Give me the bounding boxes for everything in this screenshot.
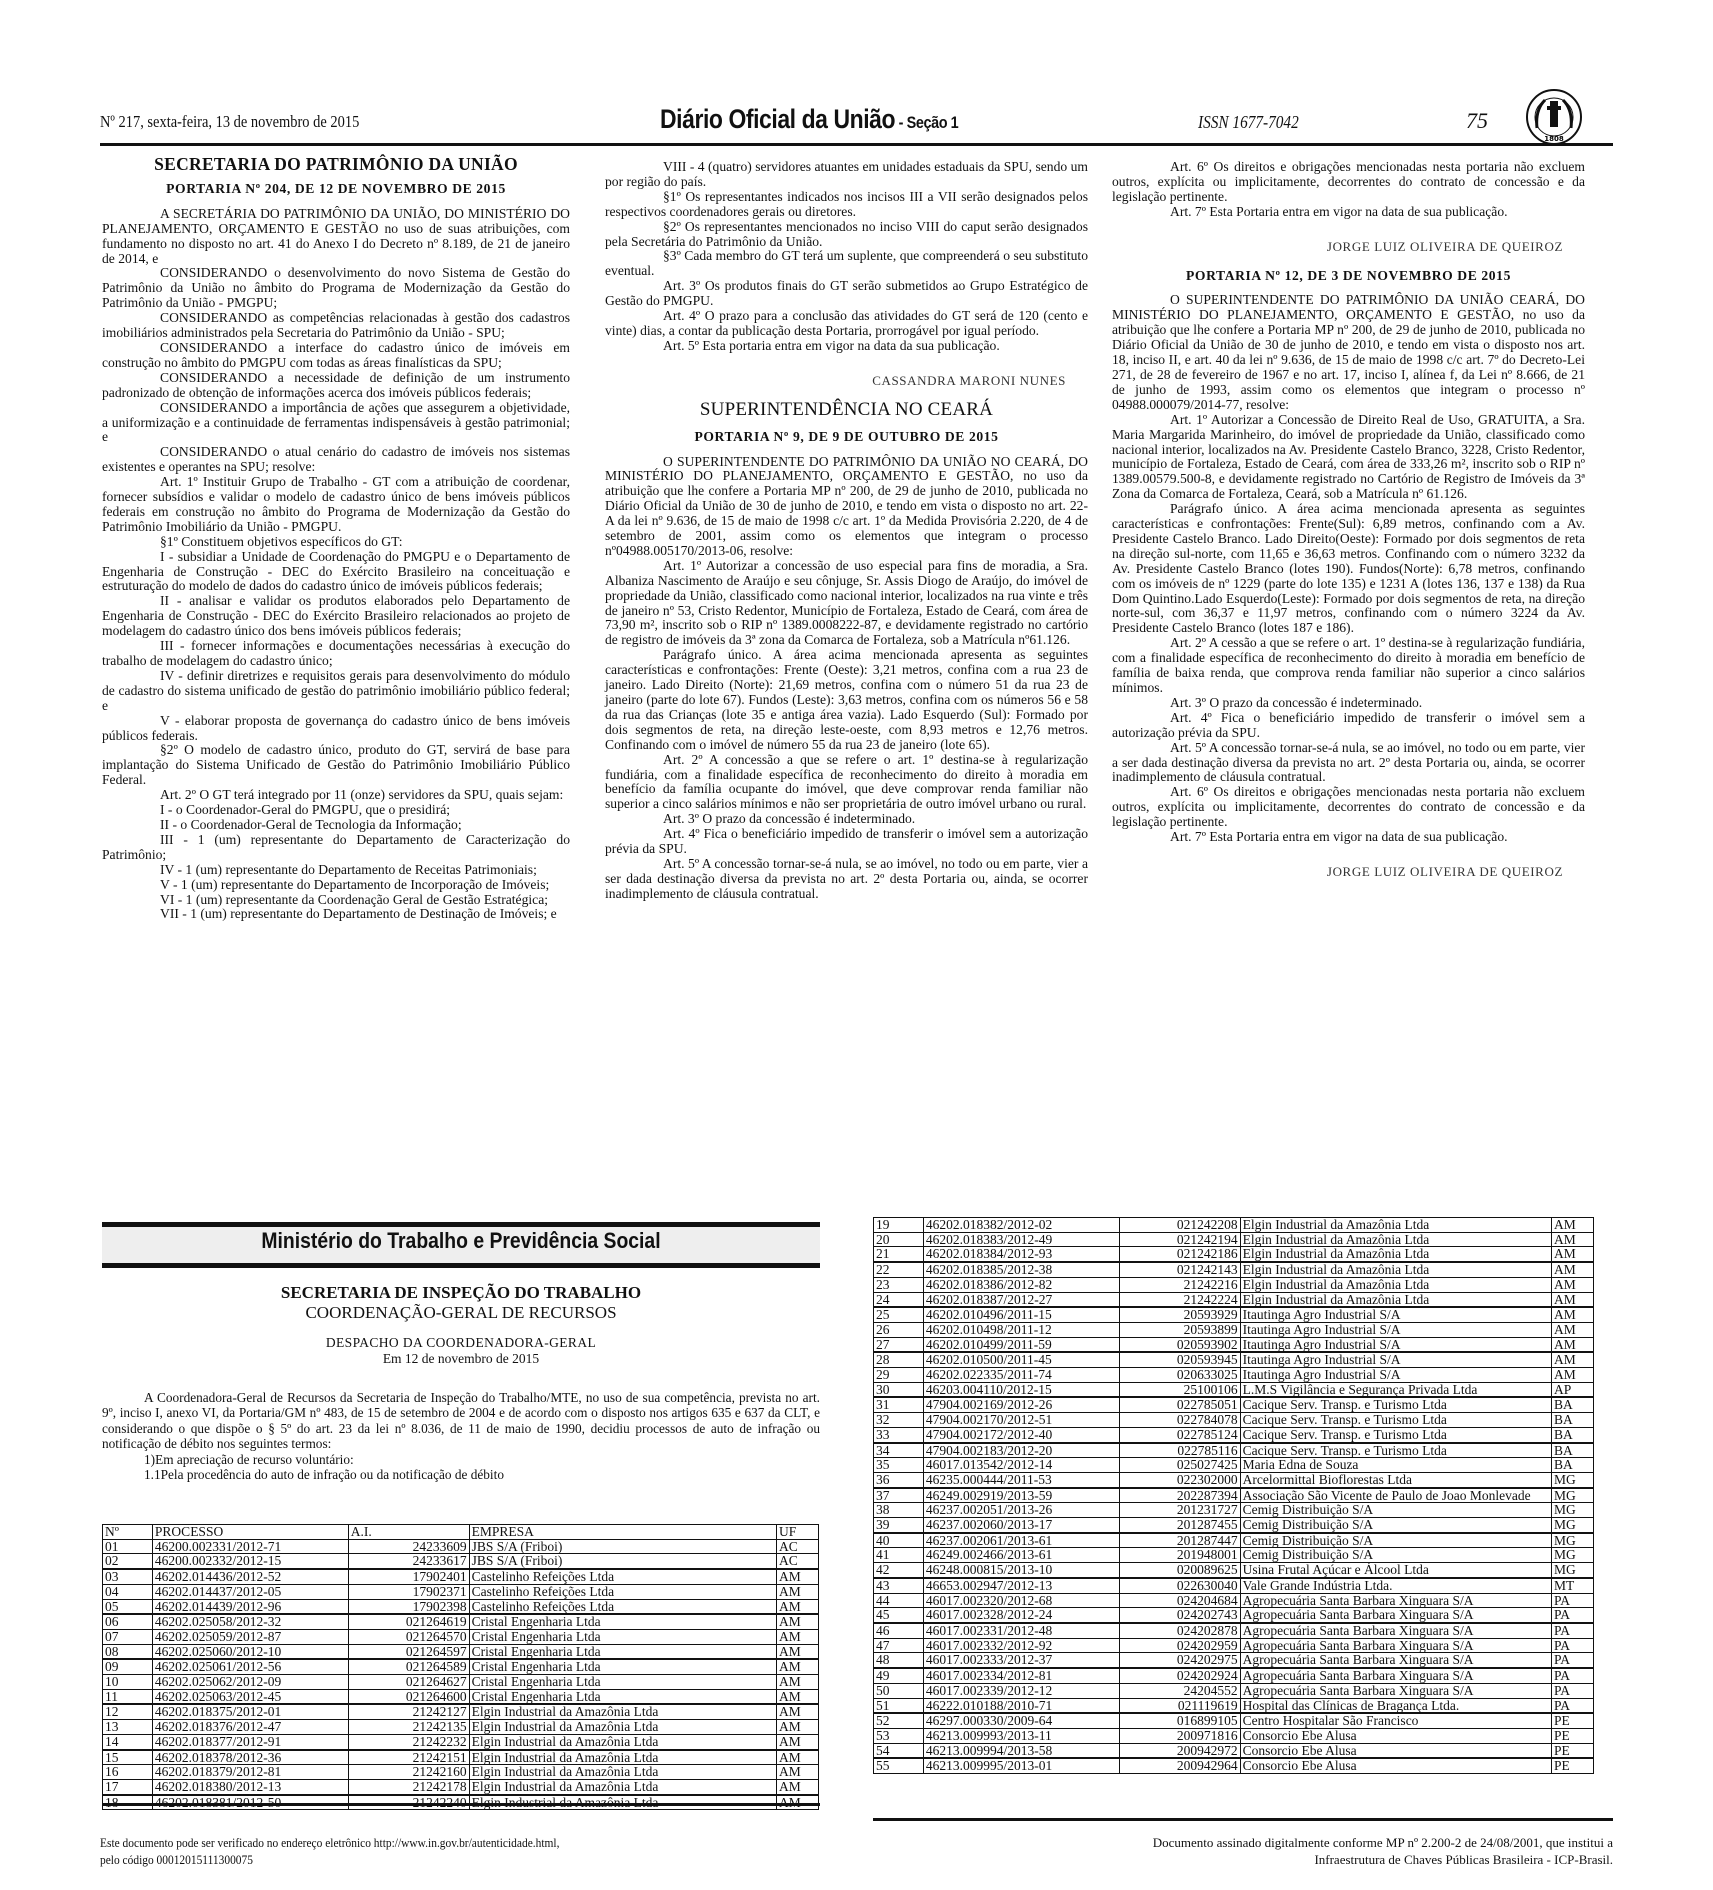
cell-emp: Castelinho Refeições Ltda xyxy=(469,1569,776,1584)
cell-emp: Agropecuária Santa Barbara Xinguara S/A xyxy=(1240,1638,1551,1653)
cell-emp: Cristal Engenharia Ltda xyxy=(469,1644,776,1659)
cell-proc: 46200.002331/2012-71 xyxy=(152,1539,348,1554)
cell-proc: 46017.002333/2012-37 xyxy=(923,1653,1119,1668)
cell-uf: AM xyxy=(777,1584,819,1599)
table-header-row: NºPROCESSOA.I.EMPRESAUF xyxy=(103,1525,819,1540)
cell-proc: 46017.013542/2012-14 xyxy=(923,1458,1119,1473)
cell-num: 33 xyxy=(874,1427,924,1442)
cell-num: 11 xyxy=(103,1689,153,1704)
cell-uf: AM xyxy=(777,1720,819,1735)
paragraph: §2º Os representantes mencionados no inc… xyxy=(605,220,1088,250)
cell-ai: 021264597 xyxy=(348,1644,469,1659)
cell-num: 51 xyxy=(874,1698,924,1713)
cell-uf: AM xyxy=(777,1675,819,1690)
cell-num: 39 xyxy=(874,1518,924,1533)
column-header: A.I. xyxy=(348,1525,469,1540)
cell-uf: MG xyxy=(1552,1518,1594,1533)
cell-num: 05 xyxy=(103,1599,153,1614)
cell-ai: 201948001 xyxy=(1119,1548,1240,1563)
table-row: 0646202.025058/2012-32021264619Cristal E… xyxy=(103,1614,819,1629)
table-row: 5346213.009993/2013-11200971816Consorcio… xyxy=(874,1728,1594,1743)
paragraph: III - 1 (um) representante do Departamen… xyxy=(102,833,570,863)
cell-emp: Cemig Distribuição S/A xyxy=(1240,1533,1551,1548)
cell-proc: 46202.025063/2012-45 xyxy=(152,1689,348,1704)
cell-proc: 46202.018383/2012-49 xyxy=(923,1232,1119,1247)
cell-num: 55 xyxy=(874,1758,924,1773)
cell-proc: 46202.025062/2012-09 xyxy=(152,1675,348,1690)
cell-num: 30 xyxy=(874,1382,924,1397)
table-row: 4546017.002328/2012-24024202743Agropecuá… xyxy=(874,1608,1594,1623)
table-row: 4346653.002947/2012-13022630040Vale Gran… xyxy=(874,1578,1594,1593)
svg-text:1808: 1808 xyxy=(1544,135,1564,143)
cell-emp: Itautinga Agro Industrial S/A xyxy=(1240,1307,1551,1322)
cell-ai: 022785051 xyxy=(1119,1397,1240,1412)
paragraph: Art. 4º Fica o beneficiário impedido de … xyxy=(1112,711,1585,741)
cell-num: 41 xyxy=(874,1548,924,1563)
paragraph: VI - 1 (um) representante da Coordenação… xyxy=(102,893,570,908)
cell-emp: Elgin Industrial da Amazônia Ltda xyxy=(469,1720,776,1735)
column-2: VIII - 4 (quatro) servidores atuantes em… xyxy=(605,160,1088,902)
cell-proc: 46017.002331/2012-48 xyxy=(923,1623,1119,1638)
paragraph: I - o Coordenador-Geral do PMGPU, que o … xyxy=(102,803,570,818)
cell-emp: Cristal Engenharia Ltda xyxy=(469,1689,776,1704)
cell-uf: AM xyxy=(777,1734,819,1749)
table-row: 3946237.002060/2013-17201287455Cemig Dis… xyxy=(874,1518,1594,1533)
table-row: 1446202.018377/2012-9121242232Elgin Indu… xyxy=(103,1734,819,1749)
cell-emp: JBS S/A (Friboi) xyxy=(469,1554,776,1569)
cell-ai: 24204552 xyxy=(1119,1683,1240,1698)
cell-proc: 46297.000330/2009-64 xyxy=(923,1713,1119,1728)
cell-emp: Elgin Industrial da Amazônia Ltda xyxy=(469,1750,776,1765)
cell-uf: MG xyxy=(1552,1503,1594,1518)
cell-proc: 46017.002320/2012-68 xyxy=(923,1593,1119,1608)
cell-num: 36 xyxy=(874,1472,924,1487)
cell-uf: BA xyxy=(1552,1397,1594,1412)
table-row: 3746249.002919/2013-59202287394Associaçã… xyxy=(874,1488,1594,1503)
cell-emp: Elgin Industrial da Amazônia Ltda xyxy=(1240,1218,1551,1233)
cell-ai: 200942972 xyxy=(1119,1743,1240,1758)
cell-uf: AM xyxy=(1552,1218,1594,1233)
cell-uf: BA xyxy=(1552,1427,1594,1442)
cell-uf: BA xyxy=(1552,1413,1594,1428)
newspaper-title: Diário Oficial da União - Seção 1 xyxy=(660,104,958,135)
cell-num: 24 xyxy=(874,1292,924,1307)
cell-uf: AM xyxy=(777,1779,819,1794)
cell-ai: 020089625 xyxy=(1119,1563,1240,1578)
section-title-ceara: SUPERINTENDÊNCIA NO CEARÁ xyxy=(605,403,1088,418)
cell-ai: 021264627 xyxy=(348,1675,469,1690)
cell-uf: AM xyxy=(777,1689,819,1704)
cell-emp: Itautinga Agro Industrial S/A xyxy=(1240,1368,1551,1383)
paragraph: O SUPERINTENDENTE DO PATRIMÔNIO DA UNIÃO… xyxy=(605,455,1088,559)
cell-proc: 46202.022335/2011-74 xyxy=(923,1368,1119,1383)
cell-ai: 022302000 xyxy=(1119,1472,1240,1487)
despacho-date: Em 12 de novembro de 2015 xyxy=(102,1351,820,1367)
cell-proc: 46203.004110/2012-15 xyxy=(923,1382,1119,1397)
cell-uf: MG xyxy=(1552,1472,1594,1487)
cell-proc: 46202.025058/2012-32 xyxy=(152,1614,348,1629)
section-title-spu: SECRETARIA DO PATRIMÔNIO DA UNIÃO xyxy=(102,157,570,172)
cell-ai: 201287455 xyxy=(1119,1518,1240,1533)
footer-verify-url: Este documento pode ser verificado no en… xyxy=(100,1834,559,1851)
table-row: 4146249.002466/2013-61201948001Cemig Dis… xyxy=(874,1548,1594,1563)
table-row: 2446202.018387/2012-2721242224Elgin Indu… xyxy=(874,1292,1594,1307)
paragraph: Art. 2º A cessão a que se refere o art. … xyxy=(1112,636,1585,696)
cell-uf: MG xyxy=(1552,1563,1594,1578)
cell-uf: PE xyxy=(1552,1713,1594,1728)
cell-proc: 46248.000815/2013-10 xyxy=(923,1563,1119,1578)
table-row: 4846017.002333/2012-37024202975Agropecuá… xyxy=(874,1653,1594,1668)
cell-emp: Cristal Engenharia Ltda xyxy=(469,1629,776,1644)
cell-num: 06 xyxy=(103,1614,153,1629)
portaria-9-title: PORTARIA Nº 9, DE 9 DE OUTUBRO DE 2015 xyxy=(605,430,1088,445)
cell-emp: Agropecuária Santa Barbara Xinguara S/A xyxy=(1240,1608,1551,1623)
cell-num: 17 xyxy=(103,1779,153,1794)
cell-proc: 46202.018377/2012-91 xyxy=(152,1734,348,1749)
table-row: 0246200.002332/2012-1524233617JBS S/A (F… xyxy=(103,1554,819,1569)
despacho-header: SECRETARIA DE INSPEÇÃO DO TRABALHO COORD… xyxy=(102,1283,820,1367)
cell-emp: Itautinga Agro Industrial S/A xyxy=(1240,1337,1551,1352)
despacho-intro: A Coordenadora-Geral de Recursos da Secr… xyxy=(102,1390,820,1482)
cell-ai: 21242160 xyxy=(348,1765,469,1780)
table-row: 5146222.010188/2010-71021119619Hospital … xyxy=(874,1698,1594,1713)
paragraph: Art. 3º O prazo da concessão é indetermi… xyxy=(605,812,1088,827)
table-row: 4946017.002334/2012-81024202924Agropecuá… xyxy=(874,1668,1594,1683)
paragraph: Art. 3º Os produtos finais do GT serão s… xyxy=(605,279,1088,309)
cell-emp: Cemig Distribuição S/A xyxy=(1240,1503,1551,1518)
cell-ai: 025027425 xyxy=(1119,1458,1240,1473)
column-header: EMPRESA xyxy=(469,1525,776,1540)
cell-emp: Cacique Serv. Transp. e Turismo Ltda xyxy=(1240,1413,1551,1428)
cell-uf: AM xyxy=(1552,1292,1594,1307)
table-row: 1346202.018376/2012-4721242135Elgin Indu… xyxy=(103,1720,819,1735)
table-row: 0846202.025060/2012-10021264597Cristal E… xyxy=(103,1644,819,1659)
cell-emp: Cemig Distribuição S/A xyxy=(1240,1518,1551,1533)
paragraph: Art. 4º Fica o beneficiário impedido de … xyxy=(605,827,1088,857)
imprensa-nacional-seal-icon: 1808 xyxy=(1525,88,1583,146)
cell-proc: 46202.014437/2012-05 xyxy=(152,1584,348,1599)
cell-ai: 022784078 xyxy=(1119,1413,1240,1428)
cell-num: 15 xyxy=(103,1750,153,1765)
cell-ai: 21242216 xyxy=(1119,1277,1240,1292)
cell-proc: 46202.014436/2012-52 xyxy=(152,1569,348,1584)
cell-proc: 46202.018384/2012-93 xyxy=(923,1247,1119,1262)
paragraph: CONSIDERANDO a importância de ações que … xyxy=(102,401,570,446)
cell-uf: AM xyxy=(777,1614,819,1629)
cell-ai: 25100106 xyxy=(1119,1382,1240,1397)
cell-num: 31 xyxy=(874,1397,924,1412)
cell-uf: AM xyxy=(1552,1352,1594,1367)
cell-num: 10 xyxy=(103,1675,153,1690)
table-row: 0446202.014437/2012-0517902371Castelinho… xyxy=(103,1584,819,1599)
cell-ai: 17902371 xyxy=(348,1584,469,1599)
cell-num: 45 xyxy=(874,1608,924,1623)
cell-proc: 46235.000444/2011-53 xyxy=(923,1472,1119,1487)
cell-num: 12 xyxy=(103,1704,153,1719)
table-row: 5046017.002339/2012-1224204552Agropecuár… xyxy=(874,1683,1594,1698)
cell-num: 49 xyxy=(874,1668,924,1683)
cell-proc: 46200.002332/2012-15 xyxy=(152,1554,348,1569)
table-row: 2646202.010498/2011-1220593899Itautinga … xyxy=(874,1322,1594,1337)
table-bottom-rule xyxy=(102,1803,820,1806)
paragraph: Art. 4º O prazo para a conclusão das ati… xyxy=(605,309,1088,339)
table-row: 0346202.014436/2012-5217902401Castelinho… xyxy=(103,1569,819,1584)
cell-ai: 201231727 xyxy=(1119,1503,1240,1518)
table-row: 1746202.018380/2012-1321242178Elgin Indu… xyxy=(103,1779,819,1794)
title-text: Diário Oficial da União xyxy=(660,104,895,134)
cell-emp: Elgin Industrial da Amazônia Ltda xyxy=(469,1765,776,1780)
cell-emp: Elgin Industrial da Amazônia Ltda xyxy=(469,1734,776,1749)
item-1: 1)Em apreciação de recurso voluntário: xyxy=(102,1452,820,1467)
signature: JORGE LUIZ OLIVEIRA DE QUEIROZ xyxy=(1112,240,1585,255)
cell-emp: Agropecuária Santa Barbara Xinguara S/A xyxy=(1240,1653,1551,1668)
table-row: 1146202.025063/2012-45021264600Cristal E… xyxy=(103,1689,819,1704)
paragraph: CONSIDERANDO as competências relacionada… xyxy=(102,311,570,341)
cell-num: 25 xyxy=(874,1307,924,1322)
cell-emp: Cacique Serv. Transp. e Turismo Ltda xyxy=(1240,1443,1551,1458)
cell-num: 48 xyxy=(874,1653,924,1668)
table-row: 4446017.002320/2012-68024204684Agropecuá… xyxy=(874,1593,1594,1608)
cell-proc: 46202.018375/2012-01 xyxy=(152,1704,348,1719)
cell-proc: 46202.018376/2012-47 xyxy=(152,1720,348,1735)
cell-uf: PA xyxy=(1552,1608,1594,1623)
paragraph: CONSIDERANDO a necessidade de definição … xyxy=(102,371,570,401)
cell-num: 03 xyxy=(103,1569,153,1584)
cell-ai: 020633025 xyxy=(1119,1368,1240,1383)
table-row: 3646235.000444/2011-53022302000Arcelormi… xyxy=(874,1472,1594,1487)
paragraph: Art. 5º Esta portaria entra em vigor na … xyxy=(605,339,1088,354)
cell-emp: Elgin Industrial da Amazônia Ltda xyxy=(1240,1232,1551,1247)
paragraph: CONSIDERANDO o atual cenário do cadastro… xyxy=(102,445,570,475)
table-row: 4646017.002331/2012-48024202878Agropecuá… xyxy=(874,1623,1594,1638)
cell-num: 43 xyxy=(874,1578,924,1593)
cell-num: 14 xyxy=(103,1734,153,1749)
cell-emp: Agropecuária Santa Barbara Xinguara S/A xyxy=(1240,1623,1551,1638)
cell-proc: 46222.010188/2010-71 xyxy=(923,1698,1119,1713)
column-header: UF xyxy=(777,1525,819,1540)
issn: ISSN 1677-7042 xyxy=(1198,112,1299,133)
cell-num: 34 xyxy=(874,1443,924,1458)
cell-ai: 022785116 xyxy=(1119,1443,1240,1458)
cell-ai: 21242135 xyxy=(348,1720,469,1735)
paragraph: VIII - 4 (quatro) servidores atuantes em… xyxy=(605,160,1088,190)
cell-num: 16 xyxy=(103,1765,153,1780)
cell-emp: Usina Frutal Açúcar e Álcool Ltda xyxy=(1240,1563,1551,1578)
cell-emp: Elgin Industrial da Amazônia Ltda xyxy=(469,1779,776,1794)
cell-proc: 46237.002060/2013-17 xyxy=(923,1518,1119,1533)
cell-uf: AM xyxy=(1552,1322,1594,1337)
cell-ai: 202287394 xyxy=(1119,1488,1240,1503)
cell-proc: 47904.002169/2012-26 xyxy=(923,1397,1119,1412)
cell-ai: 024202975 xyxy=(1119,1653,1240,1668)
section-label: Seção 1 xyxy=(907,113,959,132)
table-row: 1546202.018378/2012-3621242151Elgin Indu… xyxy=(103,1750,819,1765)
cell-ai: 016899105 xyxy=(1119,1713,1240,1728)
cell-uf: PA xyxy=(1552,1638,1594,1653)
cell-emp: Elgin Industrial da Amazônia Ltda xyxy=(469,1704,776,1719)
cell-proc: 46202.010496/2011-15 xyxy=(923,1307,1119,1322)
column-1: SECRETARIA DO PATRIMÔNIO DA UNIÃO PORTAR… xyxy=(102,153,570,922)
cell-emp: Elgin Industrial da Amazônia Ltda xyxy=(1240,1262,1551,1277)
column-3: Art. 6º Os direitos e obrigações mencion… xyxy=(1112,160,1585,894)
paragraph: V - elaborar proposta de governança do c… xyxy=(102,714,570,744)
cell-proc: 46202.025060/2012-10 xyxy=(152,1644,348,1659)
paragraph: III - fornecer informações e documentaçõ… xyxy=(102,639,570,669)
cell-ai: 20593899 xyxy=(1119,1322,1240,1337)
cell-emp: Elgin Industrial da Amazônia Ltda xyxy=(1240,1247,1551,1262)
cell-num: 04 xyxy=(103,1584,153,1599)
paragraph: IV - 1 (um) representante do Departament… xyxy=(102,863,570,878)
cell-emp: Centro Hospitalar São Francisco xyxy=(1240,1713,1551,1728)
cell-uf: AM xyxy=(1552,1277,1594,1292)
table-row: 4746017.002332/2012-92024202959Agropecuá… xyxy=(874,1638,1594,1653)
footer-signed-line1: Documento assinado digitalmente conforme… xyxy=(1010,1834,1613,1851)
cell-uf: AM xyxy=(1552,1232,1594,1247)
cell-ai: 021264619 xyxy=(348,1614,469,1629)
cell-ai: 200971816 xyxy=(1119,1728,1240,1743)
cell-emp: Cemig Distribuição S/A xyxy=(1240,1548,1551,1563)
cell-uf: AM xyxy=(777,1569,819,1584)
paragraph: Art. 2º O GT terá integrado por 11 (onze… xyxy=(102,788,570,803)
footer-signature-notice: Documento assinado digitalmente conforme… xyxy=(1010,1834,1613,1868)
cell-uf: AP xyxy=(1552,1382,1594,1397)
cell-ai: 024202878 xyxy=(1119,1623,1240,1638)
cell-num: 09 xyxy=(103,1659,153,1674)
coordenacao-title: COORDENAÇÃO-GERAL DE RECURSOS xyxy=(102,1303,820,1323)
cell-proc: 46202.018385/2012-38 xyxy=(923,1262,1119,1277)
paragraph: CONSIDERANDO a interface do cadastro úni… xyxy=(102,341,570,371)
cell-num: 40 xyxy=(874,1533,924,1548)
cell-num: 52 xyxy=(874,1713,924,1728)
cell-emp: Agropecuária Santa Barbara Xinguara S/A xyxy=(1240,1668,1551,1683)
cell-ai: 20593929 xyxy=(1119,1307,1240,1322)
cell-proc: 46202.010498/2011-12 xyxy=(923,1322,1119,1337)
cell-num: 23 xyxy=(874,1277,924,1292)
paragraph: Art. 5º A concessão tornar-se-á nula, se… xyxy=(1112,741,1585,786)
decisions-table-part-2: 1946202.018382/2012-02021242208Elgin Ind… xyxy=(873,1217,1594,1774)
cell-proc: 46202.014439/2012-96 xyxy=(152,1599,348,1614)
cell-uf: MG xyxy=(1552,1533,1594,1548)
paragraph: VII - 1 (um) representante do Departamen… xyxy=(102,907,570,922)
cell-proc: 46202.018379/2012-81 xyxy=(152,1765,348,1780)
despacho-title: DESPACHO DA COORDENADORA-GERAL xyxy=(102,1335,820,1351)
table-row: 3546017.013542/2012-14025027425Maria Edn… xyxy=(874,1458,1594,1473)
cell-proc: 46202.025061/2012-56 xyxy=(152,1659,348,1674)
cell-num: 42 xyxy=(874,1563,924,1578)
table-row: 1946202.018382/2012-02021242208Elgin Ind… xyxy=(874,1218,1594,1233)
cell-num: 35 xyxy=(874,1458,924,1473)
column-header: Nº xyxy=(103,1525,153,1540)
cell-num: 21 xyxy=(874,1247,924,1262)
cell-proc: 46017.002332/2012-92 xyxy=(923,1638,1119,1653)
table-row: 3247904.002170/2012-51022784078Cacique S… xyxy=(874,1413,1594,1428)
table-row: 2546202.010496/2011-1520593929Itautinga … xyxy=(874,1307,1594,1322)
cell-uf: BA xyxy=(1552,1458,1594,1473)
signature: CASSANDRA MARONI NUNES xyxy=(605,374,1088,389)
table-row: 3347904.002172/2012-40022785124Cacique S… xyxy=(874,1427,1594,1442)
table-row: 0546202.014439/2012-9617902398Castelinho… xyxy=(103,1599,819,1614)
table-row: 3046203.004110/2012-1525100106L.M.S Vigi… xyxy=(874,1382,1594,1397)
cell-emp: Itautinga Agro Industrial S/A xyxy=(1240,1352,1551,1367)
cell-uf: PA xyxy=(1552,1593,1594,1608)
paragraph: Art. 1º Autorizar a Concessão de Direito… xyxy=(1112,413,1585,502)
cell-emp: JBS S/A (Friboi) xyxy=(469,1539,776,1554)
table-row: 2746202.010499/2011-59020593902Itautinga… xyxy=(874,1337,1594,1352)
cell-ai: 021264589 xyxy=(348,1659,469,1674)
cell-uf: MG xyxy=(1552,1488,1594,1503)
cell-ai: 200942964 xyxy=(1119,1758,1240,1773)
cell-uf: MT xyxy=(1552,1578,1594,1593)
cell-num: 47 xyxy=(874,1638,924,1653)
cell-ai: 024202743 xyxy=(1119,1608,1240,1623)
cell-uf: PE xyxy=(1552,1743,1594,1758)
paragraph: Art. 2º A concessão a que se refere o ar… xyxy=(605,753,1088,813)
cell-num: 54 xyxy=(874,1743,924,1758)
cell-uf: AM xyxy=(1552,1337,1594,1352)
cell-emp: Cacique Serv. Transp. e Turismo Ltda xyxy=(1240,1397,1551,1412)
paragraph: §1º Os representantes indicados nos inci… xyxy=(605,190,1088,220)
table-row: 1646202.018379/2012-8121242160Elgin Indu… xyxy=(103,1765,819,1780)
cell-ai: 021264600 xyxy=(348,1689,469,1704)
cell-uf: AM xyxy=(777,1659,819,1674)
cell-ai: 21242178 xyxy=(348,1779,469,1794)
cell-emp: Elgin Industrial da Amazônia Ltda xyxy=(1240,1277,1551,1292)
cell-proc: 47904.002183/2012-20 xyxy=(923,1443,1119,1458)
signature: JORGE LUIZ OLIVEIRA DE QUEIROZ xyxy=(1112,865,1585,880)
cell-ai: 24233609 xyxy=(348,1539,469,1554)
cell-num: 26 xyxy=(874,1322,924,1337)
cell-num: 08 xyxy=(103,1644,153,1659)
paragraph: II - o Coordenador-Geral de Tecnologia d… xyxy=(102,818,570,833)
cell-ai: 024202959 xyxy=(1119,1638,1240,1653)
cell-ai: 21242127 xyxy=(348,1704,469,1719)
portaria-12-title: PORTARIA Nº 12, DE 3 DE NOVEMBRO DE 2015 xyxy=(1112,269,1585,284)
footer-signed-line2: Infraestrutura de Chaves Públicas Brasil… xyxy=(1010,1851,1613,1868)
table-row: 4246248.000815/2013-10020089625Usina Fru… xyxy=(874,1563,1594,1578)
cell-emp: Associação São Vicente de Paulo de Joao … xyxy=(1240,1488,1551,1503)
cell-num: 44 xyxy=(874,1593,924,1608)
paragraph: CONSIDERANDO o desenvolvimento do novo S… xyxy=(102,266,570,311)
cell-proc: 46237.002051/2013-26 xyxy=(923,1503,1119,1518)
paragraph: IV - definir diretrizes e requisitos ger… xyxy=(102,669,570,714)
cell-num: 27 xyxy=(874,1337,924,1352)
secretaria-title: SECRETARIA DE INSPEÇÃO DO TRABALHO xyxy=(102,1283,820,1303)
table-row: 0746202.025059/2012-87021264570Cristal E… xyxy=(103,1629,819,1644)
cell-proc: 46249.002466/2013-61 xyxy=(923,1548,1119,1563)
column-header: PROCESSO xyxy=(152,1525,348,1540)
cell-num: 28 xyxy=(874,1352,924,1367)
cell-ai: 21242151 xyxy=(348,1750,469,1765)
table-row: 2246202.018385/2012-38021242143Elgin Ind… xyxy=(874,1262,1594,1277)
cell-uf: AM xyxy=(777,1644,819,1659)
edition-info: Nº 217, sexta-feira, 13 de novembro de 2… xyxy=(100,112,359,132)
cell-ai: 21242224 xyxy=(1119,1292,1240,1307)
cell-uf: AM xyxy=(1552,1262,1594,1277)
cell-proc: 46213.009993/2013-11 xyxy=(923,1728,1119,1743)
cell-proc: 46202.018378/2012-36 xyxy=(152,1750,348,1765)
paragraph: §1º Constituem objetivos específicos do … xyxy=(102,535,570,550)
decisions-table-part-1: NºPROCESSOA.I.EMPRESAUF0146200.002331/20… xyxy=(102,1524,819,1810)
cell-proc: 47904.002172/2012-40 xyxy=(923,1427,1119,1442)
cell-num: 02 xyxy=(103,1554,153,1569)
cell-emp: Itautinga Agro Industrial S/A xyxy=(1240,1322,1551,1337)
paragraph: §3º Cada membro do GT terá um suplente, … xyxy=(605,249,1088,279)
cell-proc: 46653.002947/2012-13 xyxy=(923,1578,1119,1593)
cell-emp: Cristal Engenharia Ltda xyxy=(469,1659,776,1674)
cell-num: 37 xyxy=(874,1488,924,1503)
cell-ai: 21242232 xyxy=(348,1734,469,1749)
cell-uf: AM xyxy=(1552,1247,1594,1262)
